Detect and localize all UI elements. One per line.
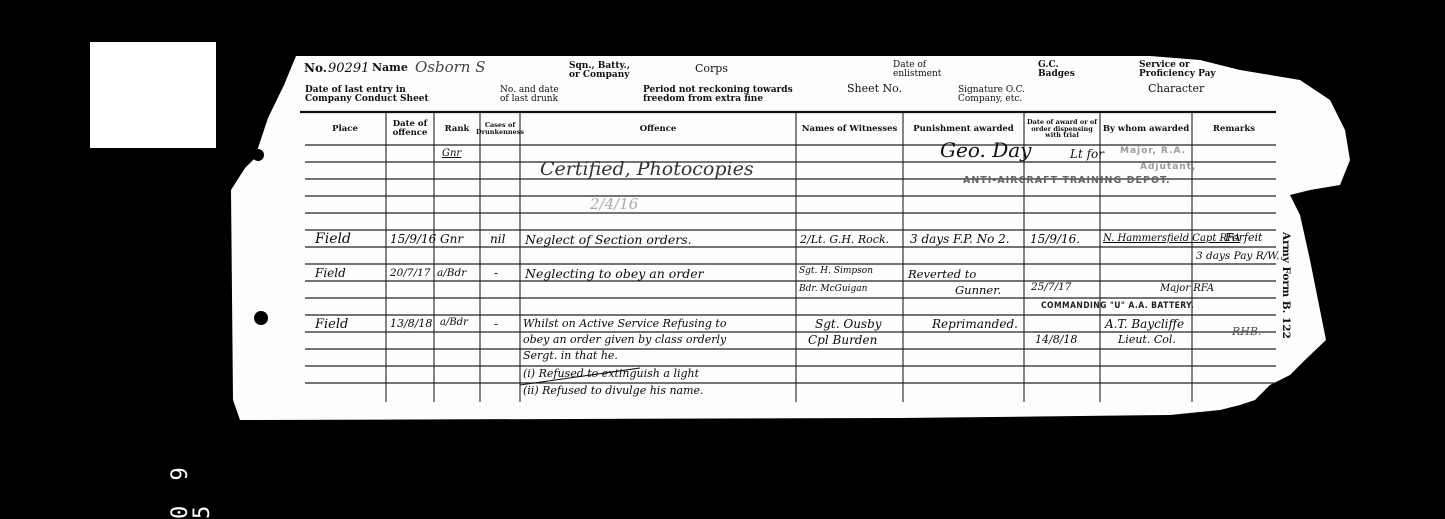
entry-2-witnesses-1: Sgt. H. Simpson xyxy=(799,267,873,276)
entry-3-place: Field xyxy=(315,318,348,332)
entry-3-awarded-by-1: A.T. Baycliffe xyxy=(1105,318,1184,331)
entry-2-witnesses-2: Bdr. McGuigan xyxy=(799,285,867,294)
entry-3-drunkenness: - xyxy=(494,318,498,331)
col-header-drunkenness: Cases of Drunkenness xyxy=(481,115,519,143)
col-header-rank: Rank xyxy=(435,115,479,143)
entry-3-remarks: RHB. xyxy=(1232,326,1261,338)
corps-label: Corps xyxy=(695,63,728,75)
entry-3-witnesses-1: Sgt. Ousby xyxy=(815,318,882,331)
last-drunk-label-2: of last drunk xyxy=(500,95,558,104)
entry-3-offence-4: (i) Refused to extinguish a light xyxy=(523,368,699,380)
entry-3-offence-2: obey an order given by class orderly xyxy=(523,334,726,346)
entry-2-place: Field xyxy=(315,267,346,280)
gc-label-2: Badges xyxy=(1038,70,1075,79)
character-label: Character xyxy=(1148,83,1204,95)
entry-3-awarded-by-2: Lieut. Col. xyxy=(1118,334,1176,346)
conduct-sheet: No. 90291 Name Osborn S Sqn., Batty., or… xyxy=(0,0,1445,519)
entry-3-offence-1: Whilst on Active Service Refusing to xyxy=(523,318,726,330)
period-label-2: freedom from extra fine xyxy=(643,95,763,104)
col-header-offence: Offence xyxy=(521,115,795,143)
col-header-award-date: Date of award or of order dispensing wit… xyxy=(1025,115,1099,143)
col-header-witnesses: Names of Witnesses xyxy=(797,115,902,143)
stamp-line-2: Adjutant, xyxy=(1140,163,1196,172)
col-header-awarded-by: By whom awarded xyxy=(1101,115,1191,143)
sheet-no-label: Sheet No. xyxy=(847,83,902,95)
entry-2-award-date: 25/7/17 xyxy=(1031,282,1071,293)
entry-3-witnesses-2: Cpl Burden xyxy=(808,334,877,347)
col-header-place: Place xyxy=(305,115,385,143)
entry-1-awarded-by: N. Hammersfield Capt RFA xyxy=(1103,234,1240,245)
soldier-name: Osborn S xyxy=(415,60,486,76)
signature-label-2: Company, etc. xyxy=(958,95,1022,104)
entry-2-offence: Neglecting to obey an order xyxy=(525,267,704,280)
stamp-line-1: Major, R.A. xyxy=(1120,147,1186,156)
entry-3-punishment: Reprimanded. xyxy=(932,318,1018,331)
entry-3-rank: a/Bdr xyxy=(440,318,468,329)
stamp-line-3: ANTI-AIRCRAFT TRAINING DEPOT. xyxy=(963,176,1171,186)
entry-1-date: 15/9/16 xyxy=(390,233,436,246)
entry-1-drunkenness: nil xyxy=(490,233,505,246)
last-entry-label-2: Company Conduct Sheet xyxy=(305,95,429,104)
entry-1-rank: Gnr xyxy=(440,233,463,246)
col-header-date-of-offence: Date of offence xyxy=(387,115,433,143)
entry-2-awarded-by: Major RFA xyxy=(1160,284,1214,295)
entry-3-offence-5: (ii) Refused to divulge his name. xyxy=(523,385,704,397)
no-label: No. xyxy=(304,62,327,75)
form-id: Army Form B. 122 xyxy=(1280,232,1291,339)
entry-1-place: Field xyxy=(315,232,351,247)
entry-1-offence: Neglect of Section orders. xyxy=(525,233,692,246)
entry-1-punishment: 3 days F.P. No 2. xyxy=(910,233,1010,246)
col-header-remarks: Remarks xyxy=(1193,115,1275,143)
entry-3-offence-3: Sergt. in that he. xyxy=(523,350,618,362)
entry-2-rank: a/Bdr xyxy=(437,268,466,279)
sqn-label-2: or Company xyxy=(569,71,629,80)
service-pay-label-2: Proficiency Pay xyxy=(1139,70,1216,79)
entry-1-remarks-1: Forfeit xyxy=(1225,232,1262,244)
entry-1-award-date: 15/9/16. xyxy=(1030,233,1080,246)
cert-text: Certified, Photocopies xyxy=(540,160,754,180)
cert-rank: Gnr xyxy=(442,149,461,160)
cert-signature: Geo. Day xyxy=(940,140,1031,161)
service-number: 90291 xyxy=(328,62,369,76)
entry-3-award-date: 14/8/18 xyxy=(1035,334,1077,346)
entry-2-stamp: COMMANDING "U" A.A. BATTERY. xyxy=(1041,302,1194,311)
enlist-label-2: enlistment xyxy=(893,70,941,79)
entry-2-date: 20/7/17 xyxy=(390,268,430,279)
entry-2-punishment-1: Reverted to xyxy=(908,268,976,280)
entry-2-drunkenness: - xyxy=(494,267,498,280)
entry-3-date: 13/8/18 xyxy=(390,318,432,330)
entry-2-punishment-2: Gunner. xyxy=(955,284,1001,296)
name-label: Name xyxy=(372,62,408,74)
entry-1-remarks-2: 3 days Pay R/W. xyxy=(1196,251,1280,262)
entry-1-witnesses: 2/Lt. G.H. Rock. xyxy=(800,234,889,246)
cert-signature-suffix: Lt for xyxy=(1070,148,1104,161)
cert-initials: 2/4/16 xyxy=(590,197,638,213)
